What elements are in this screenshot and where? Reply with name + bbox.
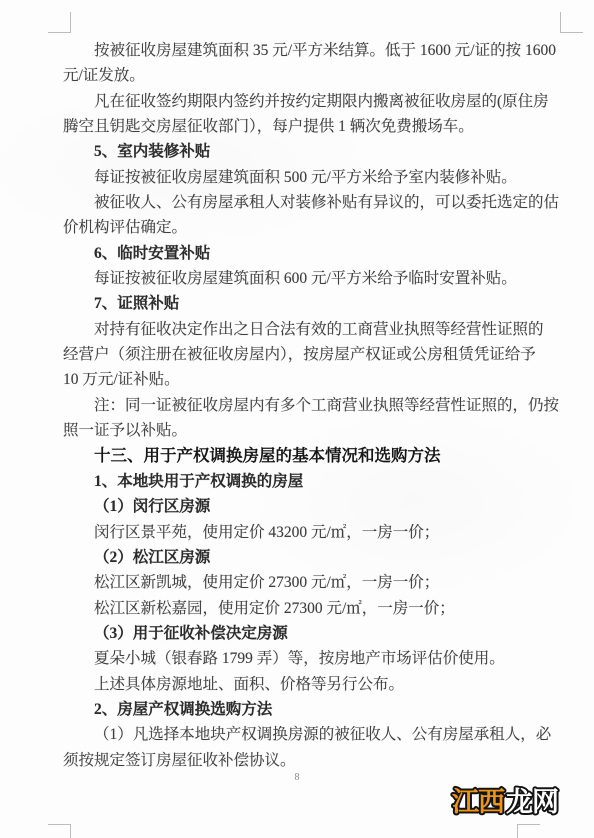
text-line: 被征收人、公有房屋承租人对装修补贴有异议的，可以委托选定的估: [63, 190, 583, 215]
text-line: 2、房屋产权调换选购方法: [63, 697, 583, 722]
text-line: （1）闵行区房源: [63, 494, 583, 519]
text-line: （2）松江区房源: [63, 545, 583, 570]
watermark-logo: 江西 龙网: [450, 784, 580, 820]
text-boundary-mark-bottom-right: [517, 824, 540, 838]
text-line: （1）凡选择本地块产权调换房源的被征收人、公有房屋承租人，必: [63, 722, 583, 747]
text-line: 6、临时安置补贴: [63, 241, 583, 266]
text-line: 须按规定签订房屋征收补偿协议。: [63, 748, 583, 773]
text-line: 对持有征收决定作出之日合法有效的工商营业执照等经营性证照的: [63, 317, 583, 342]
text-line: 元/证发放。: [63, 63, 583, 88]
text-line: 腾空且钥匙交房屋征收部门），每户提供 1 辆次免费搬场车。: [63, 114, 583, 139]
text-line: 经营户（须注册在被征收房屋内），按房屋产权证或公房租赁凭证给予: [63, 342, 583, 367]
text-line: 注：同一证被征收房屋内有多个工商营业执照等经营性证照的，仍按: [63, 393, 583, 418]
text-line: 5、室内装修补贴: [63, 139, 583, 164]
text-boundary-mark-top-right: [560, 12, 583, 33]
document-body: 按被征收房屋建筑面积 35 元/平方米结算。低于 1600 元/证的按 1600…: [63, 38, 583, 773]
text-line: 每证按被征收房屋建筑面积 600 元/平方米给予临时安置补贴。: [63, 266, 583, 291]
text-line: 凡在征收签约期限内签约并按约定期限内搬离被征收房屋的(原住房: [63, 89, 583, 114]
text-line: 松江区新凯城，使用定价 27300 元/㎡，一房一价；: [63, 570, 583, 595]
watermark-text-longwang: 龙网: [506, 787, 558, 817]
text-line: 10 万元/证补贴。: [63, 367, 583, 392]
text-boundary-mark-bottom-left: [48, 824, 71, 838]
watermark-text-jiangxi: 江西: [452, 787, 505, 817]
text-line: 1、本地块用于产权调换的房屋: [63, 469, 583, 494]
text-line: 每证按被征收房屋建筑面积 500 元/平方米给予室内装修补贴。: [63, 165, 583, 190]
text-line: 照一证予以补贴。: [63, 418, 583, 443]
text-line: 闵行区景平苑，使用定价 43200 元/㎡，一房一价；: [63, 520, 583, 545]
text-line: 价机构评估确定。: [63, 215, 583, 240]
text-boundary-mark-top-left: [48, 12, 71, 33]
text-line: 按被征收房屋建筑面积 35 元/平方米结算。低于 1600 元/证的按 1600: [63, 38, 583, 63]
text-line: 夏朵小城（银春路 1799 弄）等，按房地产市场评估价使用。: [63, 646, 583, 671]
text-line: 上述具体房源地址、面积、价格等另行公布。: [63, 672, 583, 697]
text-line: （3）用于征收补偿决定房源: [63, 621, 583, 646]
page-number: 8: [0, 772, 594, 783]
text-line: 松江区新松嘉园，使用定价 27300 元/㎡，一房一价；: [63, 596, 583, 621]
text-line: 7、证照补贴: [63, 291, 583, 316]
text-line: 十三、用于产权调换房屋的基本情况和选购方法: [63, 444, 583, 469]
document-page: { "document": { "lines": [ {"text": "按被征…: [0, 0, 594, 838]
